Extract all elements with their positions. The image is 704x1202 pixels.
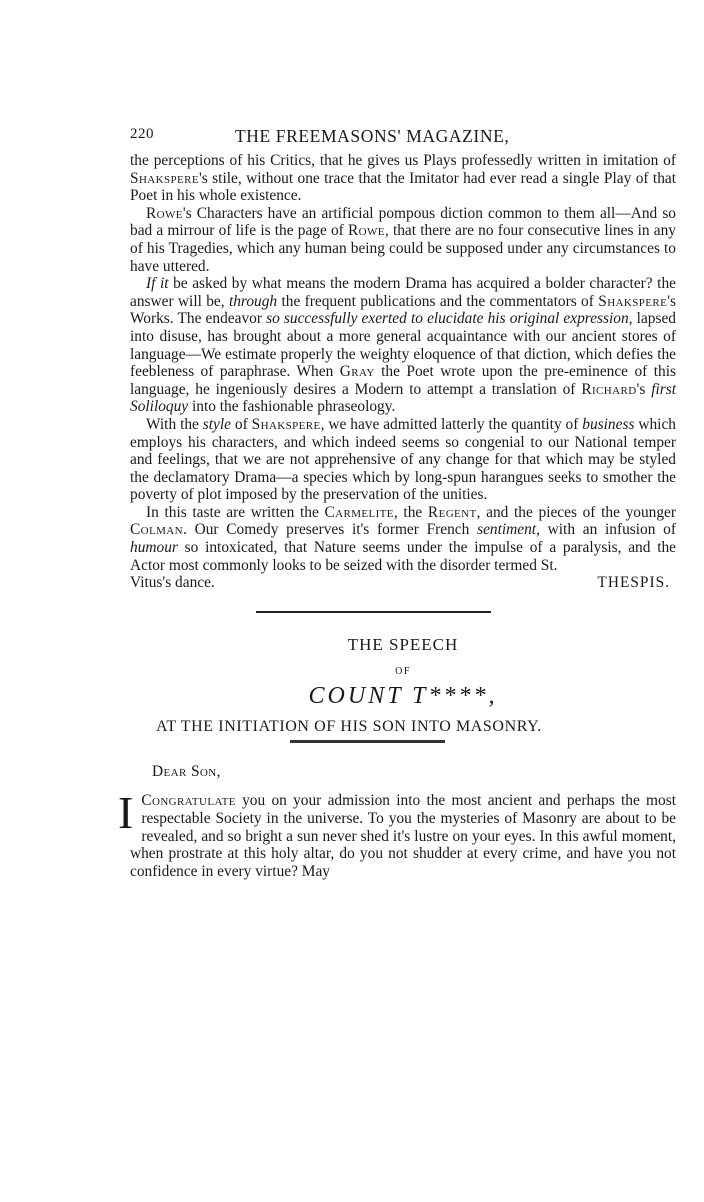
text-run: , we have admitted latterly the quantity… <box>321 416 583 433</box>
letter-body: I Congratulate you on your admission int… <box>130 792 676 880</box>
small-caps-name: Richard <box>581 381 636 398</box>
text-run: , and the pieces of the younger <box>477 504 676 521</box>
small-caps-name: Gray <box>340 363 375 380</box>
italic-text: through <box>229 293 277 310</box>
text-run: with an infusion of <box>540 521 676 538</box>
article-paragraphs: the perceptions of his Critics, that he … <box>130 152 676 574</box>
speech-subtitle: AT THE INITIATION OF HIS SON INTO MASONR… <box>156 718 676 736</box>
italic-text: business <box>582 416 634 433</box>
small-caps-name: Colman <box>130 521 183 538</box>
magazine-page: 220 THE FREEMASONS' MAGAZINE, the percep… <box>130 126 676 880</box>
author-signature: THESPIS. <box>597 574 676 592</box>
italic-text: humour <box>130 539 178 556</box>
text-run: 's stile, without one trace that the Imi… <box>130 170 676 205</box>
text-run: With the <box>146 416 203 433</box>
text-run: of <box>231 416 252 433</box>
closing-line: Vitus's dance. THESPIS. <box>130 574 676 592</box>
text-run: . Our Comedy preserves it's former Frenc… <box>183 521 477 538</box>
paragraph: Rowe's Characters have an artificial pom… <box>130 205 676 275</box>
salutation: Dear Son, <box>152 763 676 781</box>
italic-text: If it <box>146 275 169 292</box>
small-caps-name: Shakspere <box>598 293 667 310</box>
text-run: into the fashionable phraseology. <box>188 398 395 415</box>
text-run: In this taste are written the <box>146 504 324 521</box>
italic-text: style <box>203 416 231 433</box>
speech-title-of: OF <box>130 666 676 677</box>
text-run: 's <box>637 381 652 398</box>
text-run: , the <box>394 504 428 521</box>
text-run: so intoxicated, that Nature seems under … <box>130 539 676 574</box>
article-thespis: the perceptions of his Critics, that he … <box>130 152 676 592</box>
small-caps-name: Shakspere <box>130 170 199 187</box>
running-header: 220 THE FREEMASONS' MAGAZINE, <box>130 126 676 152</box>
italic-text: so successfully exerted to elucidate his… <box>266 310 632 327</box>
small-caps-name: Regent <box>428 504 477 521</box>
section-divider <box>256 611 491 613</box>
italic-text: sentiment, <box>477 521 540 538</box>
paragraph: the perceptions of his Critics, that he … <box>130 152 676 205</box>
small-caps-name: Carmelite <box>324 504 393 521</box>
paragraph: If it be asked by what means the modern … <box>130 275 676 416</box>
small-caps-name: Rowe <box>348 222 385 239</box>
small-caps-name: Rowe <box>146 205 183 222</box>
paragraph: In this taste are written the Carmelite,… <box>130 504 676 574</box>
speech-title: THE SPEECH <box>130 635 676 655</box>
first-word: Congratulate <box>141 792 236 809</box>
article-speech: THE SPEECH OF COUNT T****, AT THE INITIA… <box>130 635 676 881</box>
closing-text: Vitus's dance. <box>130 574 215 592</box>
paragraph: With the style of Shakspere, we have adm… <box>130 416 676 504</box>
text-run: the perceptions of his Critics, that he … <box>130 152 676 169</box>
text-run: the frequent publications and the commen… <box>277 293 598 310</box>
magazine-title: THE FREEMASONS' MAGAZINE, <box>235 126 509 147</box>
page-number: 220 <box>130 126 154 143</box>
small-caps-name: Shakspere <box>252 416 321 433</box>
speech-title-count: COUNT T****, <box>130 683 676 710</box>
subtitle-divider <box>290 740 445 743</box>
drop-cap: I <box>118 792 133 830</box>
